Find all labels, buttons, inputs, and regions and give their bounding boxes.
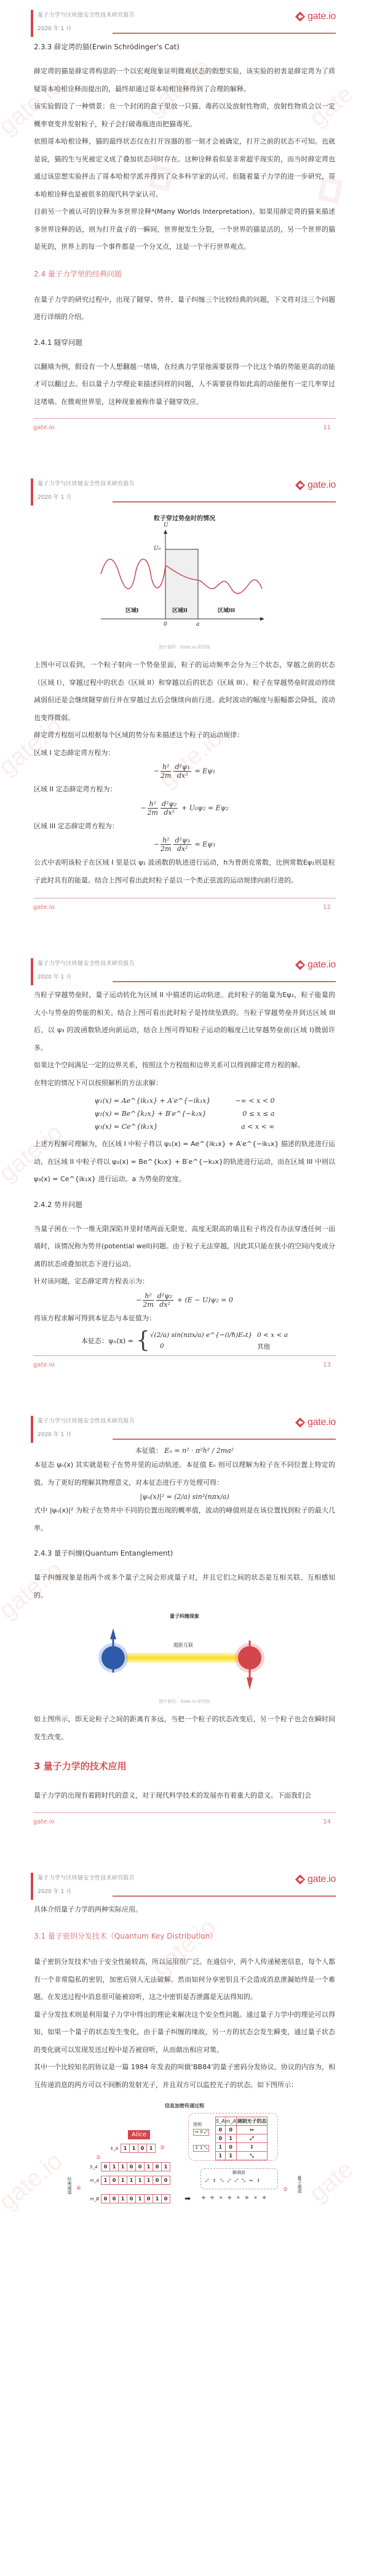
header-accent-bar: [31, 1873, 33, 1900]
gateio-logo-icon: [295, 1874, 306, 1885]
paragraph: 具体介绍量子力学的两种实际应用。: [34, 1901, 335, 1919]
paragraph: 本征态 ψₙ(x) 其实就是粒子在势井里的运动轨迹。本征值 Eₙ 则可以理解为粒…: [34, 1456, 335, 1492]
legend-key-0: ↔ 0 ⤢: [193, 2129, 209, 2136]
report-title: 量子力学与区块链安全性技术研究报告: [38, 10, 135, 18]
region-3-label: 区域III: [218, 606, 235, 614]
solutions-table: ψ₁(x) = Ae^{ik₁x} + A′e^{−ik₁x}−∞ < x < …: [95, 1094, 275, 1133]
link-label: 超距互联: [173, 1642, 193, 1649]
gateio-logo-icon: [295, 11, 306, 22]
report-date: 2020 年 1 月: [38, 24, 71, 32]
report-date: 2020 年 1 月: [38, 1887, 71, 1895]
header-accent-bar: [31, 478, 33, 506]
footer-site: gate.io: [33, 904, 55, 911]
section-heading-2-3-3: 2.3.3 薛定谔的猫(Erwin Schrödinger's Cat): [34, 42, 335, 52]
paragraph: 如上图所示，即无论粒子之间的距离有多远，当把一个粒子的状态改变后，另一个粒子也会…: [34, 1711, 335, 1746]
page-footer: gate.io 13: [33, 1355, 336, 1383]
modulation-photons: ⤢ ↕ ⤡ ⤢ ⤢ ⤡ ↔ ↕: [205, 2178, 261, 2184]
page-number: 11: [323, 424, 331, 431]
header-accent-bar: [31, 958, 33, 985]
paragraph: 量子分发技术则是利用量子力学中得出的理论来解决这个安全性问题。通过量子力学中的理…: [34, 2006, 335, 2059]
page-header: 量子力学与区块链安全性技术研究报告 2020 年 1 月 gate.io: [0, 469, 369, 507]
tunneling-diagram: [98, 525, 271, 636]
section-heading-3-1: 3.1 量子密钥分发技术（Quantum Key Distribution）: [34, 1931, 335, 1941]
quantum-channel-label: 量子通道: [296, 2176, 303, 2193]
paragraph: 其中一个比较知名的协议是一篇 1984 年发表的叫做‘BB84’的量子密码分发协…: [34, 2059, 335, 2094]
equation-region-3: −h²2md²ψ₃dx² = Eψ₃: [34, 835, 335, 854]
page-14: 量子力学与区块链安全性技术研究报告 2020 年 1 月 gate.io 本征值…: [0, 1406, 369, 1863]
header-rule: [113, 1439, 336, 1440]
legend-title: 图例: [193, 2122, 202, 2128]
header-accent-bar: [31, 1416, 33, 1443]
solution-row: ψ₃(x) = Ce^{ik₁x}a < x < ∞: [95, 1120, 275, 1133]
section-heading-2-4: 2.4 量子力学里的经典问题: [34, 269, 335, 279]
step-4: ④: [76, 2186, 81, 2192]
logo-text: gate.io: [307, 11, 336, 22]
gateio-logo: gate.io: [295, 1874, 336, 1885]
equation-label: 区域 III 定态薛定谔方程为：: [34, 818, 335, 836]
region-1-label: 区域I: [125, 606, 138, 614]
report-date: 2020 年 1 月: [38, 972, 71, 980]
report-title: 量子力学与区块链安全性技术研究报告: [38, 1873, 135, 1881]
page-11: 量子力学与区块链安全性技术研究报告 2020 年 1 月 gate.io 2.3…: [0, 0, 369, 469]
gateio-logo-icon: [295, 1417, 306, 1428]
header-rule: [113, 1896, 336, 1897]
solution-row: ψ₂(x) = Be^{k₂x} + B′e^{−k₂x}0 ≤ x ≤ a: [95, 1107, 275, 1120]
step-1: ①: [96, 2155, 101, 2161]
equation-potential-well: −h²2md²ψ₂dx² + (E − U)ψ₂ = 0: [34, 1291, 335, 1310]
paragraph: 在特定的情况下可以按照解析的方法求解：: [34, 1075, 335, 1092]
page-13: 量子力学与区块链安全性技术研究报告 2020 年 1 月 gate.io 当粒子…: [0, 948, 369, 1406]
page-12: 量子力学与区块链安全性技术研究报告 2020 年 1 月 gate.io 粒子穿…: [0, 469, 369, 948]
sa-label: S_A: [90, 2165, 98, 2170]
paragraph: 依照哥本哈根诠释，猫的最终状态仅在打开容器的那一刻才会被确定，打开之前的状态不可…: [34, 133, 335, 203]
page-header: 量子力学与区块链安全性技术研究报告 2020 年 1 月 gate.io: [0, 1863, 369, 1901]
paragraph: 该实验假设了一种情景：在一个封闭的盒子里放一只猫、毒药以及放射性物质，放射性物质…: [34, 98, 335, 133]
measurement-bases: ✣ ✣ ✕ ✣ ✕ ✣ ✕ ✣: [202, 2195, 268, 2200]
page-header: 量子力学与区块链安全性技术研究报告 2020 年 1 月 gate.io: [0, 948, 369, 987]
report-title: 量子力学与区块链安全性技术研究报告: [38, 959, 135, 967]
footer-site: gate.io: [33, 1819, 55, 1825]
equation-region-2: −h²2md²ψ₂dx² + U₀ψ₂ = Eψ₂: [34, 799, 335, 818]
axis-label-origin: 0: [164, 621, 167, 628]
page-header: 量子力学与区块链安全性技术研究报告 2020 年 1 月 gate.io: [0, 0, 369, 38]
gateio-logo: gate.io: [295, 11, 336, 22]
legend-key-1: ↕ 1 ⤡: [193, 2145, 209, 2152]
logo-text: gate.io: [307, 480, 336, 491]
footer-rule: [33, 1812, 336, 1813]
footer-rule: [33, 898, 336, 898]
paragraph: 量子力学的出现有着跨时代的意义，对于现代科学技术的发展亦有着重大的意义。下面我们…: [34, 1787, 335, 1805]
gateio-logo: gate.io: [295, 959, 336, 971]
step-2: ②: [283, 2187, 288, 2193]
equation-label: 区域 II 定态薛定谔方程为：: [34, 781, 335, 799]
figure-title: 量子纠缠现象: [34, 1613, 335, 1620]
footer-site: gate.io: [33, 1362, 55, 1368]
paragraph: 薛定谔方程组可以根据每个区域的势分布来描述这个粒子的运动规律：: [34, 727, 335, 745]
equation-region-1: −h²2md²ψ₁dx² = Eψ₁: [34, 762, 335, 781]
equation-label: 区域 I 定态薛定谔方程为：: [34, 745, 335, 762]
page-footer: gate.io 11: [33, 418, 336, 445]
figure-caption: 图片制作：Gate.io 研究院: [34, 1698, 335, 1705]
paragraph: 目前另一个被认可的诠释为多世界诠释⁴(Many Worlds Interpret…: [34, 203, 335, 256]
mb-bits: 00101010: [101, 2194, 170, 2203]
gateio-logo-icon: [295, 480, 306, 491]
region-2-label: 区域II: [172, 606, 188, 614]
gateio-logo: gate.io: [295, 1417, 336, 1428]
paragraph: 当量子困在一个一维无限深陷井里时堵两面无限宽、高度无限高的墙且粒子将没有办法穿透…: [34, 1221, 335, 1274]
footer-rule: [33, 418, 336, 419]
paragraph: 公式中表明该粒子在区域 I 里是以 ψ₁ 波函数的轨迹进行运动，h为普朗克常数，…: [34, 854, 335, 889]
header-accent-bar: [31, 10, 33, 37]
axis-label-u0: U₀: [154, 546, 161, 552]
section-heading-2-4-3: 2.4.3 量子纠缠(Quantum Entanglement): [34, 1548, 335, 1558]
probability-equation: |ψₙ(x)|² = (2/a) sin²(nπx/a): [34, 1492, 335, 1502]
logo-text: gate.io: [307, 959, 336, 971]
page-footer: gate.io 12: [33, 898, 336, 925]
paragraph: 式中 |ψₙ(x)|² 为粒子在势井中不同的位置出现的概率值，波动的峰值则是在该…: [34, 1502, 335, 1537]
solution-row: ψ₁(x) = Ae^{ik₁x} + A′e^{−ik₁x}−∞ < x < …: [95, 1094, 275, 1107]
report-date: 2020 年 1 月: [38, 493, 71, 501]
paragraph: 上述方程解可理解为，在区域 I 中粒子将以 ψ₁(x) = Ae^{ik₁x} …: [34, 1136, 335, 1189]
ma-label: m_A: [90, 2178, 99, 2183]
figure-caption: 图片制作：Gate.io 研究院: [34, 644, 335, 650]
paragraph: 在量子力学的研究过程中，出现了隧穿、势井、量子纠缠三个比较经典的问题，下文将对这…: [34, 291, 335, 326]
page-number: 14: [323, 1819, 331, 1825]
page-number: 13: [323, 1362, 331, 1368]
ka-bits: 1101: [121, 2144, 156, 2153]
figure-title: 粒子穿过势垒时的情况: [34, 513, 335, 522]
alice-label: Alice: [128, 2130, 150, 2139]
gateio-logo-icon: [295, 959, 306, 971]
paragraph: 针对该问题，定态薛定谔方程表示为：: [34, 1273, 335, 1291]
modulation-label: 解调前: [232, 2170, 245, 2176]
legend-table: S_Am_A调制光子的态 00↔ 01⤢ 10↕ 11⤡: [215, 2117, 268, 2160]
logo-text: gate.io: [307, 1417, 336, 1428]
paragraph: 如果这个空间满足一定的边界关系，按照这个方程组和边界关系可以得到薛定谔方程的解。: [34, 1057, 335, 1075]
ka-label: k_A: [111, 2146, 118, 2151]
paragraph: 以翻墙为例，假设有一个人想翻越一堵墙，在经典力学里他需要获得一个比这个墙的势能更…: [34, 358, 335, 411]
mb-label: m_B: [90, 2197, 99, 2202]
header-rule: [113, 981, 336, 982]
paragraph: 量子密钥分发技术⁵由于安全性能较高，所以运用很广泛。在通信中，两个人传递秘密信息…: [34, 1953, 335, 2006]
arrow-right-icon: ➡: [184, 2194, 191, 2203]
paragraph: 上图中可以看到，一个粒子射向一个势垒里面，粒子的运动频率会分为三个状态，穿越之前…: [34, 656, 335, 727]
page-header: 量子力学与区块链安全性技术研究报告 2020 年 1 月 gate.io: [0, 1406, 369, 1444]
header-rule: [113, 501, 336, 503]
classic-channel-label: 经典通道: [66, 2177, 73, 2194]
paragraph: 将该方程求解可得到本征态与本征值为：: [34, 1310, 335, 1328]
axis-label-u: U: [164, 522, 169, 528]
paragraph: 量子纠缠现象是指两个或多个量子之间会形成量子对，并且它们之间的状态是互相关联、互…: [34, 1569, 335, 1604]
entanglement-diagram: [98, 1623, 271, 1691]
gateio-logo: gate.io: [295, 480, 336, 491]
report-title: 量子力学与区块链安全性技术研究报告: [38, 1416, 135, 1424]
step-5-alice: ⑤: [160, 2145, 165, 2151]
report-date: 2020 年 1 月: [38, 1430, 71, 1438]
tunneling-figure: U U₀ 0 a 区域I 区域II 区域III: [98, 525, 271, 636]
entanglement-figure: 超距互联: [98, 1623, 271, 1691]
section-heading-3: 3 量子力学的技术应用: [34, 1759, 335, 1772]
page-15: 量子力学与区块链安全性技术研究报告 2020 年 1 月 gate.io 具体介…: [0, 1863, 369, 2212]
logo-text: gate.io: [307, 1874, 336, 1885]
sa-bits: 01100101: [101, 2162, 170, 2171]
section-heading-2-4-2: 2.4.2 势井问题: [34, 1200, 335, 1209]
page-number: 12: [323, 904, 331, 911]
footer-site: gate.io: [33, 424, 55, 431]
paragraph: 当粒子穿越势垒时，量子运动转化为区域 II 中描述的运动轨迹。此时粒子的能量为E…: [34, 987, 335, 1057]
ma-bits: 10111100: [101, 2176, 170, 2185]
section-heading-2-4-1: 2.4.1 隧穿问题: [34, 337, 335, 347]
axis-label-a: a: [196, 621, 199, 628]
figure-title: 信息加密传递过程: [34, 2102, 335, 2109]
paragraph: 薛定谔的猫是薛定谔构思的一个以宏观现象证明微观状态的假想实验，该实验的初衷是薛定…: [34, 63, 335, 98]
report-title: 量子力学与区块链安全性技术研究报告: [38, 479, 135, 487]
footer-rule: [33, 1355, 336, 1356]
eigenstate-equation: 本征态：ψₙ(x) = { √(2/a) sin(nπx/a) e^{−(i/ħ…: [34, 1330, 335, 1352]
eigenvalue-equation: 本征值： Eₙ = n² · π²h² / 2ma²: [34, 1444, 335, 1456]
header-rule: [113, 33, 336, 34]
page-footer: gate.io 14: [33, 1812, 336, 1839]
bb84-figure: 图例 ↔ 0 ⤢ ↕ 1 ⤡ S_Am_A调制光子的态 00↔ 01⤢ 10↕ …: [61, 2113, 307, 2211]
